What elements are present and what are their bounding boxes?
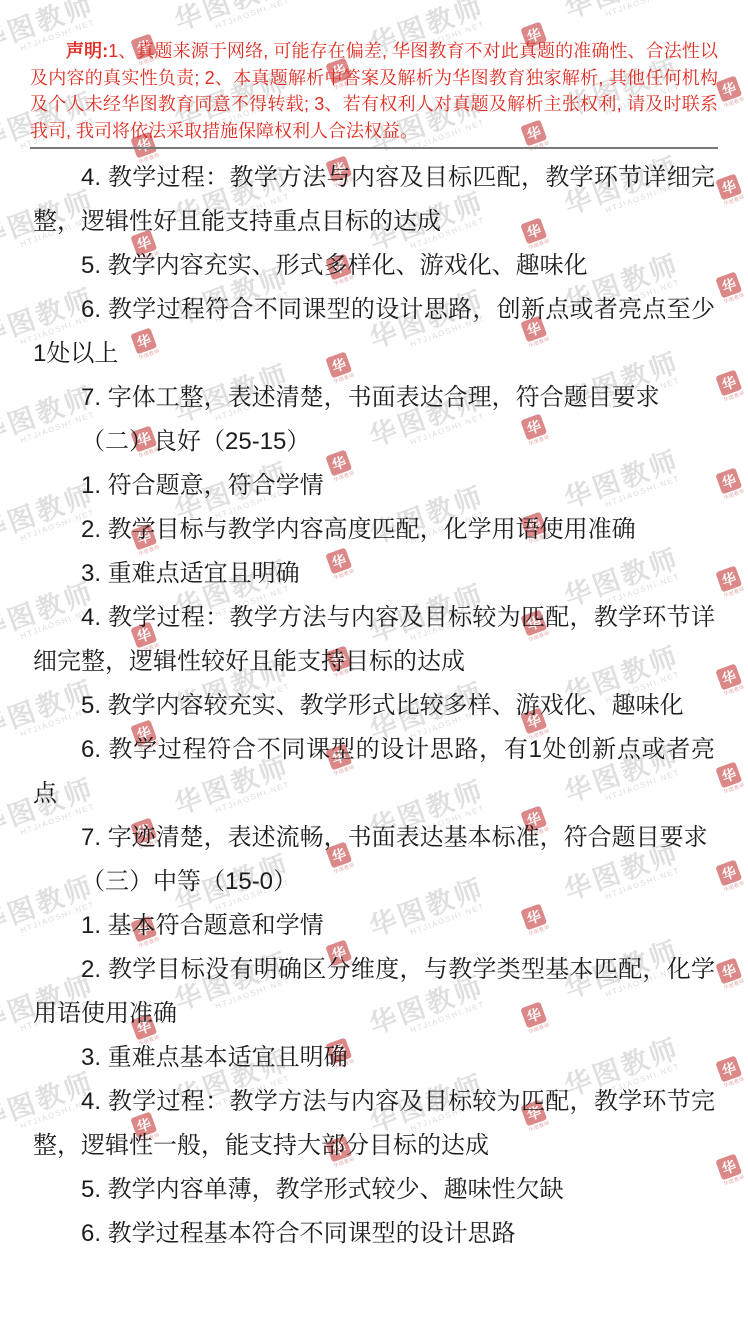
body-paragraph: 4. 教学过程：教学方法与内容及目标匹配，教学环节详细完整，逻辑性好且能支持重点… xyxy=(33,156,715,244)
body-paragraph: 7. 字迹清楚，表述流畅，书面表达基本标准，符合题目要求 xyxy=(33,816,715,860)
body-paragraph: 3. 重难点基本适宜且明确 xyxy=(33,1036,715,1080)
body-paragraph: 6. 教学过程符合不同课型的设计思路，创新点或者亮点至少1处以上 xyxy=(33,288,715,376)
body-paragraph: 5. 教学内容单薄，教学形式较少、趣味性欠缺 xyxy=(33,1168,715,1212)
divider-rule xyxy=(30,147,718,149)
disclaimer-body: 1、真题来源于网络, 可能存在偏差, 华图教育不对此真题的准确性、合法性以及内容… xyxy=(30,41,718,141)
body-paragraph: 7. 字体工整，表述清楚，书面表达合理，符合题目要求 xyxy=(33,376,715,420)
body-text: 4. 教学过程：教学方法与内容及目标匹配，教学环节详细完整，逻辑性好且能支持重点… xyxy=(33,156,715,1256)
body-paragraph: 2. 教学目标没有明确区分维度，与教学类型基本匹配，化学用语使用准确 xyxy=(33,948,715,1036)
disclaimer-label: 声明: xyxy=(66,41,108,61)
disclaimer-text: 声明:1、真题来源于网络, 可能存在偏差, 华图教育不对此真题的准确性、合法性以… xyxy=(30,38,718,144)
body-paragraph: （三）中等（15-0） xyxy=(33,860,715,904)
body-paragraph: 6. 教学过程符合不同课型的设计思路，有1处创新点或者亮点 xyxy=(33,728,715,816)
body-paragraph: 1. 符合题意，符合学情 xyxy=(33,464,715,508)
body-paragraph: 1. 基本符合题意和学情 xyxy=(33,904,715,948)
document-page: 声明:1、真题来源于网络, 可能存在偏差, 华图教育不对此真题的准确性、合法性以… xyxy=(0,0,748,1335)
body-paragraph: 5. 教学内容充实、形式多样化、游戏化、趣味化 xyxy=(33,244,715,288)
body-paragraph: 2. 教学目标与教学内容高度匹配，化学用语使用准确 xyxy=(33,508,715,552)
body-paragraph: 3. 重难点适宜且明确 xyxy=(33,552,715,596)
body-paragraph: 4. 教学过程：教学方法与内容及目标较为匹配，教学环节详细完整，逻辑性较好且能支… xyxy=(33,596,715,684)
body-paragraph: （二）良好（25-15） xyxy=(33,420,715,464)
body-paragraph: 6. 教学过程基本符合不同课型的设计思路 xyxy=(33,1212,715,1256)
body-paragraph: 4. 教学过程：教学方法与内容及目标较为匹配，教学环节完整，逻辑性一般，能支持大… xyxy=(33,1080,715,1168)
body-paragraph: 5. 教学内容较充实、教学形式比较多样、游戏化、趣味化 xyxy=(33,684,715,728)
